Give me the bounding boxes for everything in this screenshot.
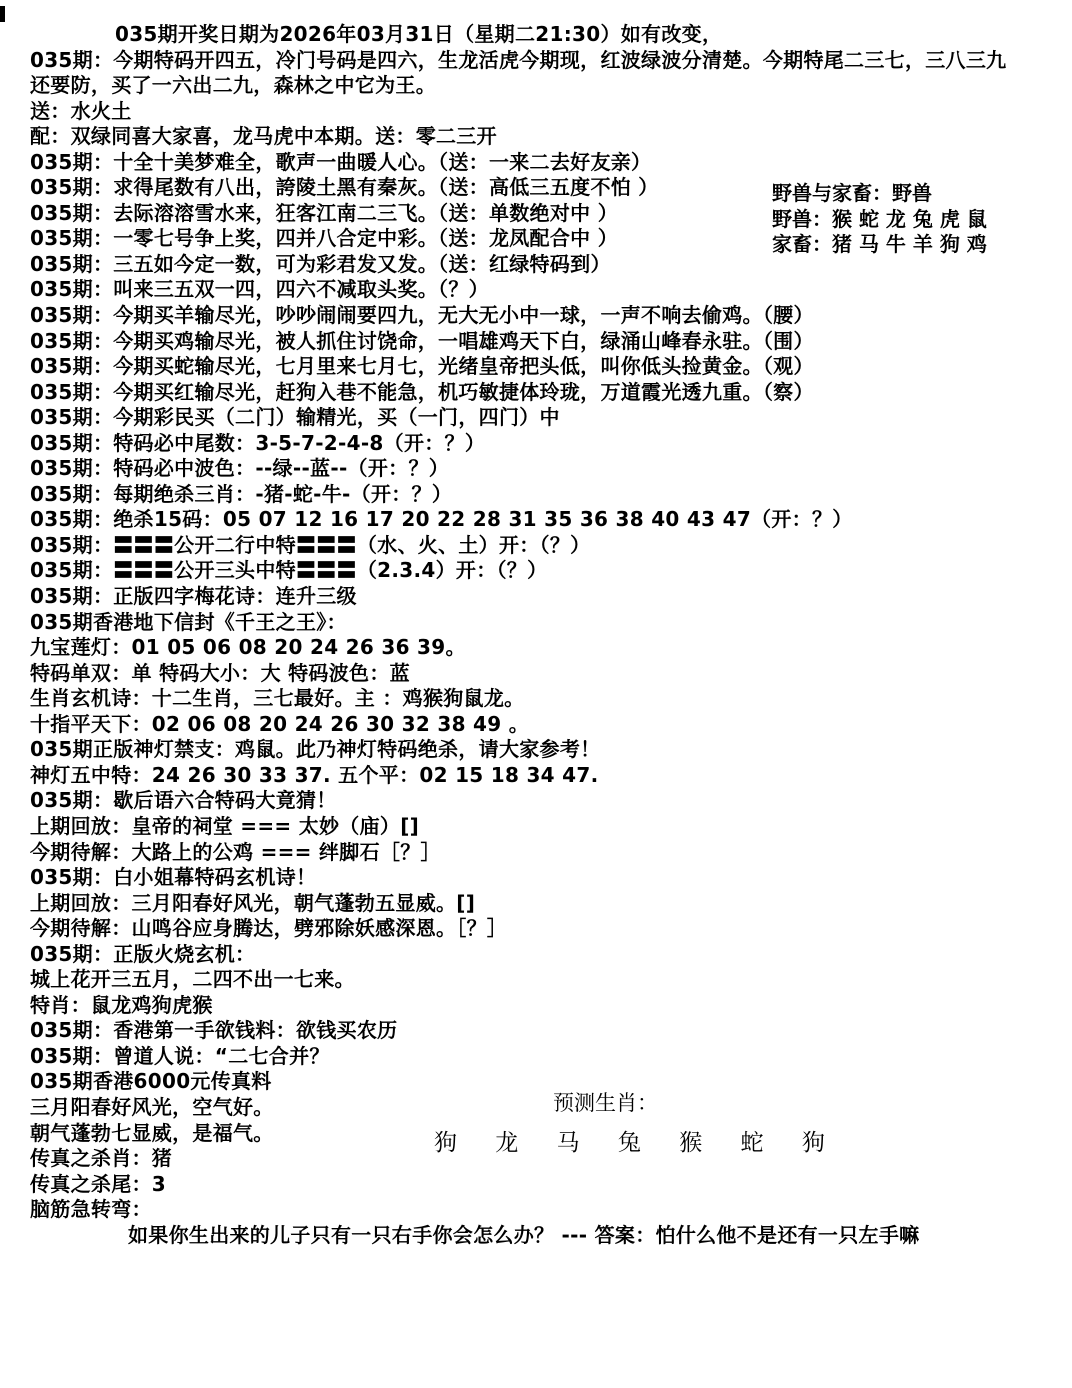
text-line: 特码单双：单 特码大小：大 特码波色：蓝: [0, 661, 1072, 687]
text-line: 特肖：鼠龙鸡狗虎猴: [0, 993, 1072, 1019]
text-line: 生肖玄机诗：十二生肖，三七最好。主 ：鸡猴狗鼠龙。: [0, 686, 1072, 712]
text-line: 035期：〓〓〓公开三头中特〓〓〓（2.3.4）开：（？）: [0, 558, 1072, 584]
text-line: 035期：今期特码开四五，冷门号码是四六，生龙活虎今期现，红波绿波分清楚。今期特…: [0, 48, 1072, 74]
lottery-tip-sheet-page: 035期开奖日期为2026年03月31日（星期二21:30）如有改变，035期：…: [0, 0, 1072, 1388]
text-line: 035期：正版四字梅花诗：连升三级: [0, 584, 1072, 610]
text-line: 035期：今期买羊输尽光，吵吵闹闹要四九，无大无小中一球，一声不响去偷鸡。（腰）: [0, 303, 1072, 329]
text-line: 035期：歇后语六合特码大竟猜！: [0, 788, 1072, 814]
text-line: 035期香港6000元传真料: [0, 1069, 1072, 1095]
text-line: 035期开奖日期为2026年03月31日（星期二21:30）如有改变，: [0, 22, 1072, 48]
text-line: 035期：今期买鸡输尽光，被人抓住讨饶命，一唱雄鸡天下白，绿涌山峰春永驻。（围）: [0, 329, 1072, 355]
text-line: 脑筋急转弯：: [0, 1197, 1072, 1223]
text-line: 今期待解：大路上的公鸡 === 绊脚石［？］: [0, 840, 1072, 866]
text-line: 上期回放：三月阳春好风光，朝气蓬勃五显威。[]: [0, 891, 1072, 917]
text-line: 送：水火土: [0, 99, 1072, 125]
text-line: 传真之杀尾：3: [0, 1172, 1072, 1198]
text-line: 035期：白小姐幕特码玄机诗！: [0, 865, 1072, 891]
text-line: 035期：正版火烧玄机：: [0, 942, 1072, 968]
text-line: 035期：〓〓〓公开二行中特〓〓〓（水、火、土）开：（？）: [0, 533, 1072, 559]
text-line: 035期正版神灯禁支：鸡鼠。此乃神灯特码绝杀，请大家参考！: [0, 737, 1072, 763]
side-note: 家畜：猪 马 牛 羊 狗 鸡: [772, 228, 987, 257]
text-line: 九宝莲灯：01 05 06 08 20 24 26 36 39。: [0, 635, 1072, 661]
text-line: 035期：今期买蛇输尽光，七月里来七月七，光绪皇帝把头低，叫你低头捡黄金。（观）: [0, 354, 1072, 380]
text-line: 035期：特码必中波色：--绿--蓝--（开：？）: [0, 456, 1072, 482]
text-line: 还要防，买了一六出二九，森林之中它为王。: [0, 73, 1072, 99]
text-line: 十指平天下：02 06 08 20 24 26 30 32 38 49 。: [0, 712, 1072, 738]
text-line: 今期待解：山鸣谷应身腾达，劈邪除妖感深恩。［？］: [0, 916, 1072, 942]
text-line: 如果你生出来的儿子只有一只右手你会怎么办？ --- 答案：怕什么他不是还有一只左…: [0, 1223, 1072, 1249]
side-note: 野兽与家畜：野兽: [772, 177, 932, 206]
text-line: 三月阳春好风光，空气好。: [0, 1095, 1072, 1121]
scan-artifact-mark: [0, 6, 5, 22]
text-line: 035期：曾道人说：“二七合并？: [0, 1044, 1072, 1070]
text-line: 035期：十全十美梦难全，歌声一曲暖人心。（送：一来二去好友亲）: [0, 150, 1072, 176]
text-line: 神灯五中特：24 26 30 33 37. 五个平：02 15 18 34 47…: [0, 763, 1072, 789]
text-line: 035期香港地下信封《千王之王》：: [0, 610, 1072, 636]
text-line: 035期：绝杀15码：05 07 12 16 17 20 22 28 31 35…: [0, 507, 1072, 533]
side-note: 预测生肖：: [553, 1087, 658, 1117]
text-line: 035期：每期绝杀三肖：-猪-蛇-牛-（开：？）: [0, 482, 1072, 508]
text-line: 035期：今期买红输尽光，赶狗入巷不能急，机巧敏捷体玲珑，万道霞光透九重。（察）: [0, 380, 1072, 406]
text-line: 035期：香港第一手欲钱料：欲钱买农历: [0, 1018, 1072, 1044]
text-line: 035期：今期彩民买（二门）输精光，买（一门，四门）中: [0, 405, 1072, 431]
text-line: 配：双绿同喜大家喜，龙马虎中本期。送：零二三开: [0, 124, 1072, 150]
text-line: 上期回放：皇帝的祠堂 === 太妙（庙）[]: [0, 814, 1072, 840]
text-line: 城上花开三五月，二四不出一七来。: [0, 967, 1072, 993]
text-line: 035期：叫来三五双一四，四六不减取头奖。（？）: [0, 277, 1072, 303]
text-line: 035期：特码必中尾数：3-5-7-2-4-8（开：？）: [0, 431, 1072, 457]
side-note: 狗 龙 马 兔 猴 蛇 狗: [434, 1124, 836, 1157]
